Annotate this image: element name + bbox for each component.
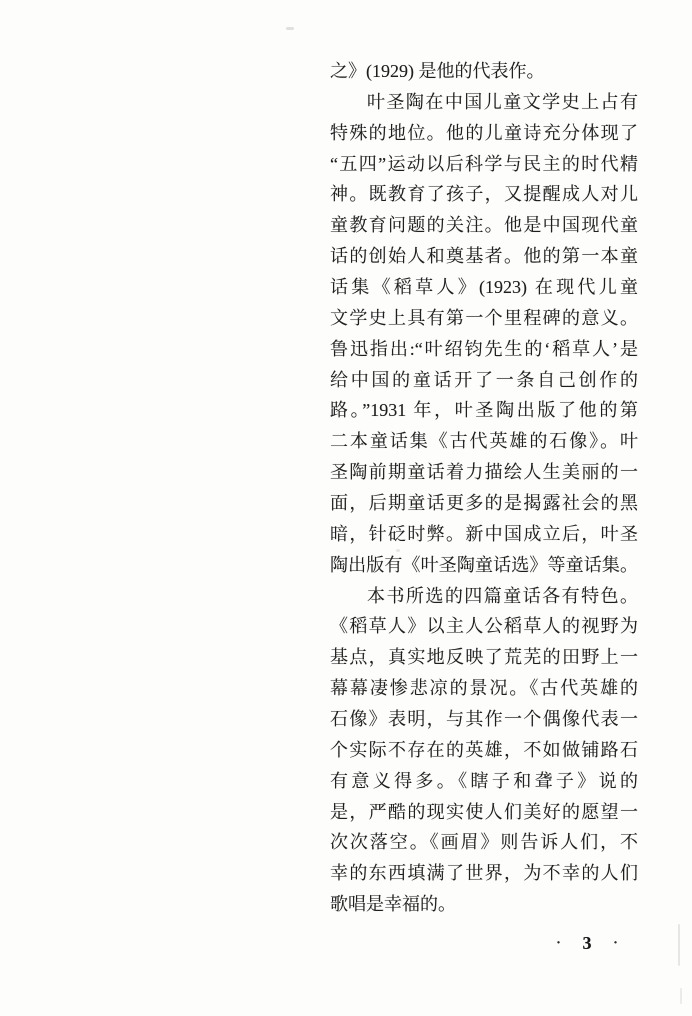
text-line: 是，严酷的现实使人们美好的愿望一: [330, 797, 638, 828]
text-line: 次次落空。《画眉》则告诉人们，不: [330, 827, 638, 858]
text-line: 石像》表明，与其作一个偶像代表一: [330, 704, 638, 735]
text-line: “五四”运动以后科学与民主的时代精: [330, 149, 638, 180]
text-line: 话的创始人和奠基者。他的第一本童: [330, 241, 638, 272]
page-edge-mark: [678, 924, 680, 966]
text-line: 陶出版有《叶圣陶童话选》等童话集。: [330, 550, 638, 581]
text-line: 之》(1929) 是他的代表作。: [330, 56, 638, 87]
text-line: 二本童话集《古代英雄的石像》。叶: [330, 426, 638, 457]
text-line: 《稻草人》以主人公稻草人的视野为: [330, 611, 638, 642]
text-line: 暗，针砭时弊。新中国成立后，叶圣: [330, 519, 638, 550]
page-number-value: 3: [583, 933, 592, 954]
book-page: 之》(1929) 是他的代表作。 叶圣陶在中国儿童文学史上占有 特殊的地位。他的…: [0, 0, 692, 1016]
text-block: 之》(1929) 是他的代表作。 叶圣陶在中国儿童文学史上占有 特殊的地位。他的…: [330, 56, 638, 920]
text-line: 有意义得多。《瞎子和聋子》说的: [330, 766, 638, 797]
text-line: 童教育问题的关注。他是中国现代童: [330, 210, 638, 241]
text-line: 幸的东西填满了世界，为不幸的人们: [330, 858, 638, 889]
page-number-right-dot: ·: [613, 935, 618, 952]
text-line: 鲁迅指出:“叶绍钧先生的‘稻草人’是: [330, 334, 638, 365]
text-line: 幕幕凄惨悲凉的景况。《古代英雄的: [330, 673, 638, 704]
text-line: 本书所选的四篇童话各有特色。: [330, 581, 638, 612]
text-line: 路。”1931 年，叶圣陶出版了他的第: [330, 395, 638, 426]
text-line: 歌唱是幸福的。: [330, 889, 638, 920]
page-edge-mark: [680, 988, 682, 1004]
text-line: 神。既教育了孩子，又提醒成人对儿: [330, 179, 638, 210]
text-line: 个实际不存在的英雄，不如做铺路石: [330, 735, 638, 766]
text-line: 文学史上具有第一个里程碑的意义。: [330, 303, 638, 334]
text-line: 给中国的童话开了一条自己创作的: [330, 365, 638, 396]
text-line: 话集《稻草人》(1923) 在现代儿童: [330, 272, 638, 303]
page-number: · 3 ·: [556, 930, 618, 956]
text-line: 基点，真实地反映了荒芜的田野上一: [330, 642, 638, 673]
page-number-left-dot: ·: [556, 935, 561, 952]
scan-smudge: [286, 27, 294, 30]
text-line: 圣陶前期童话着力描绘人生美丽的一: [330, 457, 638, 488]
text-line: 面，后期童话更多的是揭露社会的黑: [330, 488, 638, 519]
text-line: 叶圣陶在中国儿童文学史上占有: [330, 87, 638, 118]
text-line: 特殊的地位。他的儿童诗充分体现了: [330, 118, 638, 149]
